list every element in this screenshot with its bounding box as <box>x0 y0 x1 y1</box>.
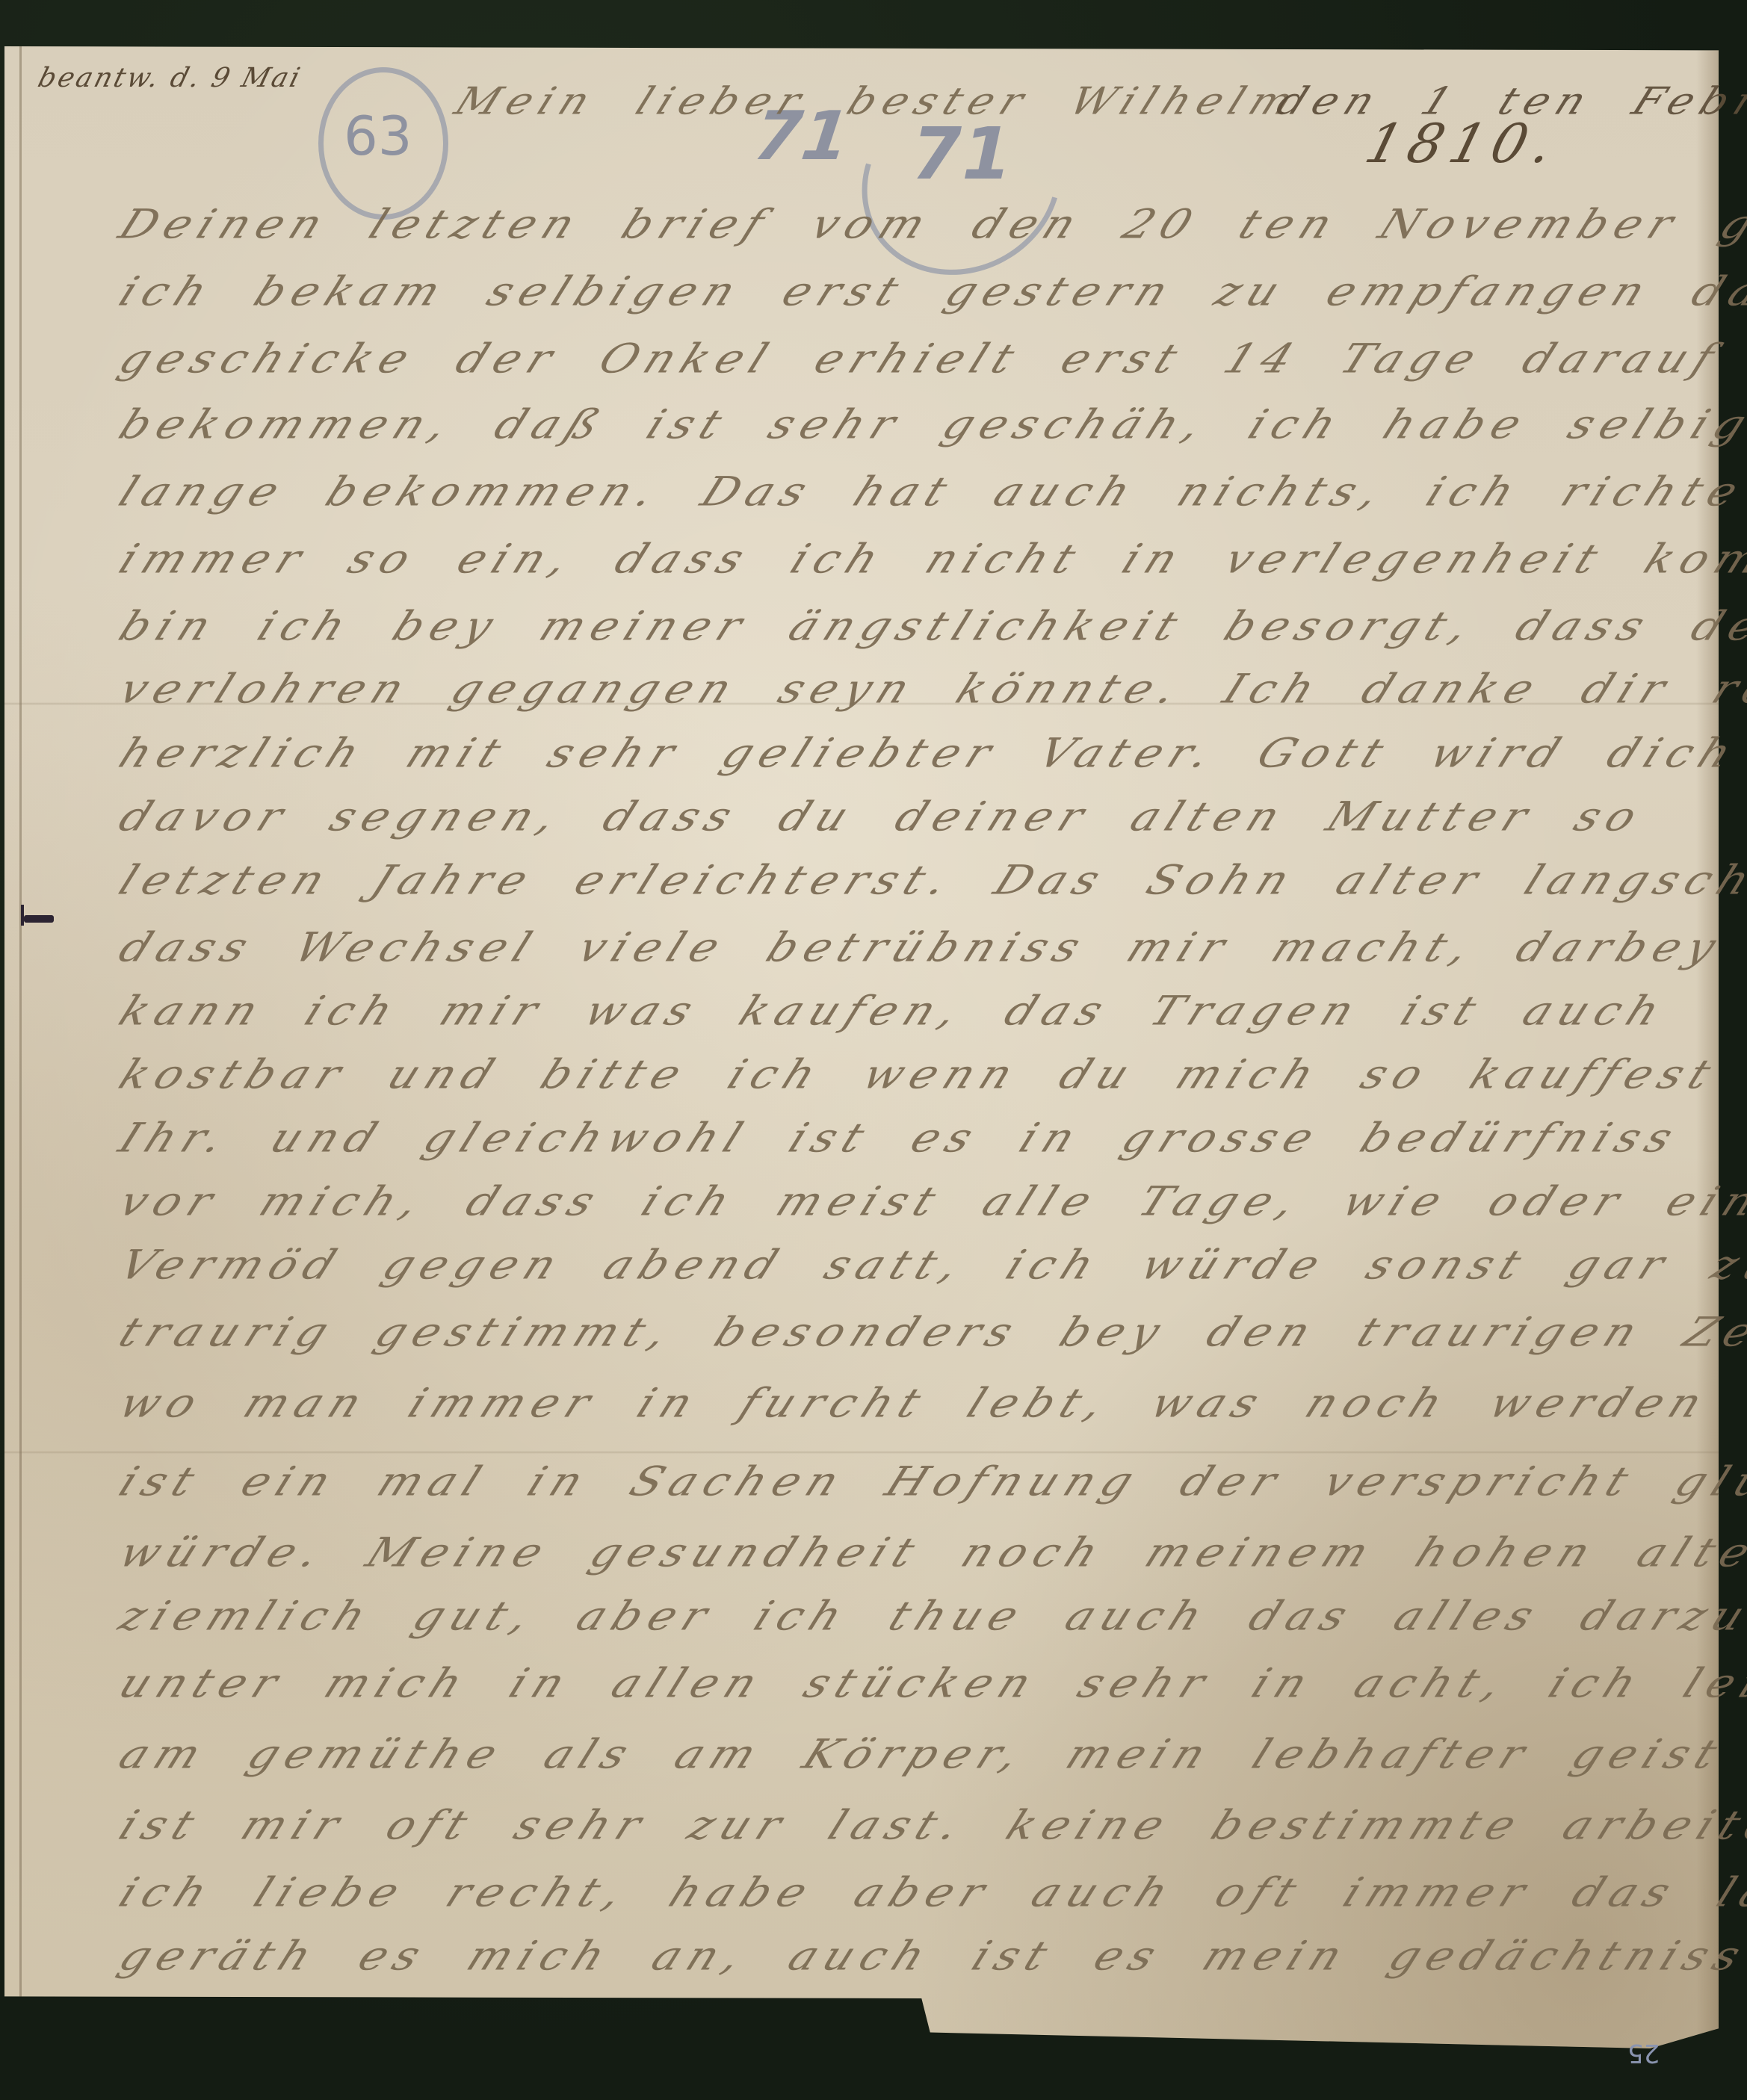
letter-line-25: ist mir oft sehr zur last. keine bestimm… <box>112 1802 1747 1849</box>
letter-line-1: Deinen letzten brief vom den 20 ten Nove… <box>112 201 1747 248</box>
letter-line-27: geräth es mich an, auch ist es mein gedä… <box>112 1933 1747 1980</box>
letter-line-23: unter mich in allen stücken sehr in acht… <box>112 1660 1747 1707</box>
year: 1810. <box>1359 112 1568 175</box>
letter-line-5: lange bekommen. Das hat auch nichts, ich… <box>112 468 1747 515</box>
reply-note: beantw. d. 9 Mai <box>35 63 306 93</box>
letter-line-26: ich liebe recht, habe aber auch oft imme… <box>112 1869 1747 1916</box>
archive-number-71-circled: 71 <box>903 112 1020 196</box>
archive-number-63: 63 <box>344 105 412 167</box>
letter-line-14: kostbar und bitte ich wenn du mich so ka… <box>112 1051 1747 1098</box>
letter-line-21: würde. Meine gesundheit noch meinem hohe… <box>112 1529 1747 1576</box>
letter-line-10: davor segnen, dass du deiner alten Mutte… <box>112 793 1651 840</box>
letter-line-11: letzten Jahre erleichterst. Das Sohn alt… <box>112 857 1747 904</box>
letter-line-15: Ihr. und gleichwohl ist es in grosse bed… <box>112 1115 1687 1162</box>
letter-line-20: ist ein mal in Sachen Hofnung der verspr… <box>112 1458 1747 1505</box>
letter-line-12: dass Wechsel viele betrübniss mir macht,… <box>112 924 1747 971</box>
letter-line-2: ich bekam selbigen erst gestern zu empfa… <box>112 268 1747 315</box>
letter-line-4: bekommen, daß ist sehr geschäh, ich habe… <box>112 401 1747 448</box>
letter-line-18: traurig gestimmt, besonders bey den trau… <box>112 1309 1747 1356</box>
letter-line-24: am gemüthe als am Körper, mein lebhafter… <box>112 1731 1731 1778</box>
horizontal-fold-line <box>4 1451 1719 1454</box>
left-margin-fold <box>19 46 22 2048</box>
letter-line-19: wo man immer in furcht lebt, was noch we… <box>112 1380 1747 1427</box>
binding-mark <box>24 915 54 923</box>
letter-line-13: kann ich mir was kaufen, das Tragen ist … <box>112 988 1675 1035</box>
letter-line-17: Vermöd gegen abend satt, ich würde sonst… <box>112 1242 1747 1289</box>
folio-number: 25 <box>1627 2038 1660 2068</box>
letter-line-6: immer so ein, dass ich nicht in verlegen… <box>112 536 1747 583</box>
letter-line-7: bin ich bey meiner ängstlichkeit besorgt… <box>112 603 1747 650</box>
letter-line-3: geschicke der Onkel erhielt erst 14 Tage… <box>112 335 1728 382</box>
letter-line-8: verlohren gegangen seyn könnte. Ich dank… <box>112 666 1747 713</box>
letter-line-22: ziemlich gut, aber ich thue auch das all… <box>112 1593 1747 1640</box>
salutation: Mein lieber bester Wilhelm <box>448 80 1307 124</box>
letter-line-9: herzlich mit sehr geliebter Vater. Gott … <box>112 730 1747 777</box>
letter-line-16: vor mich, dass ich meist alle Tage, wie … <box>112 1178 1747 1225</box>
